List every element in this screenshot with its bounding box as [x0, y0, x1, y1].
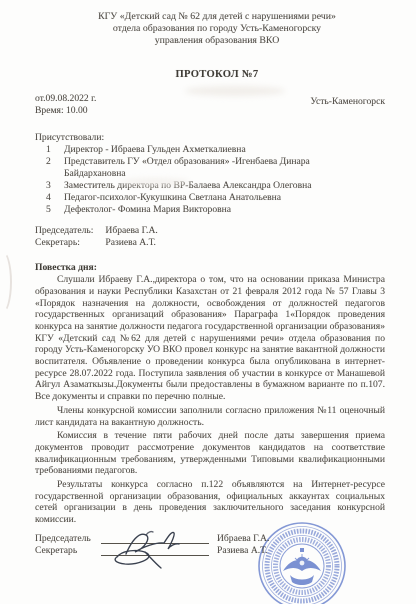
agenda-heading: Повестка дня: [35, 262, 385, 274]
chair-line: Председатель: Ибраева Г.А. [35, 225, 385, 237]
attendees-list: 1 Директор - Ибраева Гульден Ахметкалиев… [35, 144, 385, 216]
attendee-number: 3 [46, 180, 64, 192]
signature-secretary-label: Секретарь [35, 545, 101, 557]
secretary-name: Разиева А.Т. [105, 237, 155, 248]
attendee-item: 5 Дефектолог- Фомина Мария Викторовна [35, 204, 385, 216]
secretary-label: Секретарь: [35, 237, 103, 249]
body-paragraph-4: Результаты конкурса согласно п.122 объяв… [35, 479, 385, 526]
official-stamp-icon [257, 521, 347, 604]
chair-label: Председатель: [35, 225, 103, 237]
attendee-text: Педагог-психолог-Кукушкина Светлана Анат… [64, 192, 342, 204]
attendee-text: Дефектолог- Фомина Мария Викторовна [64, 204, 342, 216]
date-line: от.09.08.2022 г. [35, 93, 96, 105]
attendee-text: Заместитель директора по ВР-Балаева Алек… [64, 180, 342, 192]
attendee-number: 1 [46, 144, 64, 156]
signature-chair-label: Председатель [35, 533, 101, 545]
city-label: Усть-Каменогорск [310, 93, 385, 117]
document-header: КГУ «Детский сад № 62 для детей с наруше… [49, 11, 385, 47]
time-line: Время: 10.00 [35, 105, 96, 117]
body-paragraph-2: Члены конкурсной комиссии заполнили согл… [35, 405, 385, 428]
body-paragraph-3: Комиссия в течение пяти рабочих дней пос… [35, 430, 385, 477]
attendee-item: 4 Педагог-психолог-Кукушкина Светлана Ан… [35, 192, 385, 204]
scan-smudge [120, 178, 190, 186]
attendee-item: 1 Директор - Ибраева Гульден Ахметкалиев… [35, 144, 385, 156]
attendee-item: 2 Представитель ГУ «Отдел образования» -… [35, 156, 385, 180]
secretary-line: Секретарь: Разиева А.Т. [35, 237, 385, 249]
scanned-protocol-document: КГУ «Детский сад № 62 для детей с наруше… [0, 0, 416, 604]
chair-name: Ибраева Г.А. [105, 225, 157, 236]
header-line-3: управления образования ВКО [49, 35, 385, 47]
protocol-title: ПРОТОКОЛ №7 [49, 69, 385, 81]
attendee-number: 5 [46, 204, 64, 216]
body-paragraph-1: Слушали Ибраеву Г.А.,директора о том, чт… [35, 274, 385, 403]
attendee-text: Директор - Ибраева Гульден Ахметкалиевна [64, 144, 342, 156]
attendees-heading: Присутствовали: [35, 132, 385, 144]
officials-block: Председатель: Ибраева Г.А. Секретарь: Ра… [35, 225, 385, 249]
header-line-2: отдела образования по городу Усть-Камено… [49, 23, 385, 35]
attendee-number: 4 [46, 192, 64, 204]
secretary-signature-handwriting-icon [107, 548, 167, 570]
meta-row: от.09.08.2022 г. Время: 10.00 Усть-Камен… [35, 93, 385, 117]
attendee-number: 2 [46, 156, 64, 180]
meta-left: от.09.08.2022 г. Время: 10.00 [35, 93, 96, 117]
attendee-text: Представитель ГУ «Отдел образования» -Иг… [64, 156, 342, 180]
attendee-item: 3 Заместитель директора по ВР-Балаева Ал… [35, 180, 385, 192]
header-line-1: КГУ «Детский сад № 62 для детей с наруше… [49, 11, 385, 23]
scan-smudge [185, 86, 285, 96]
